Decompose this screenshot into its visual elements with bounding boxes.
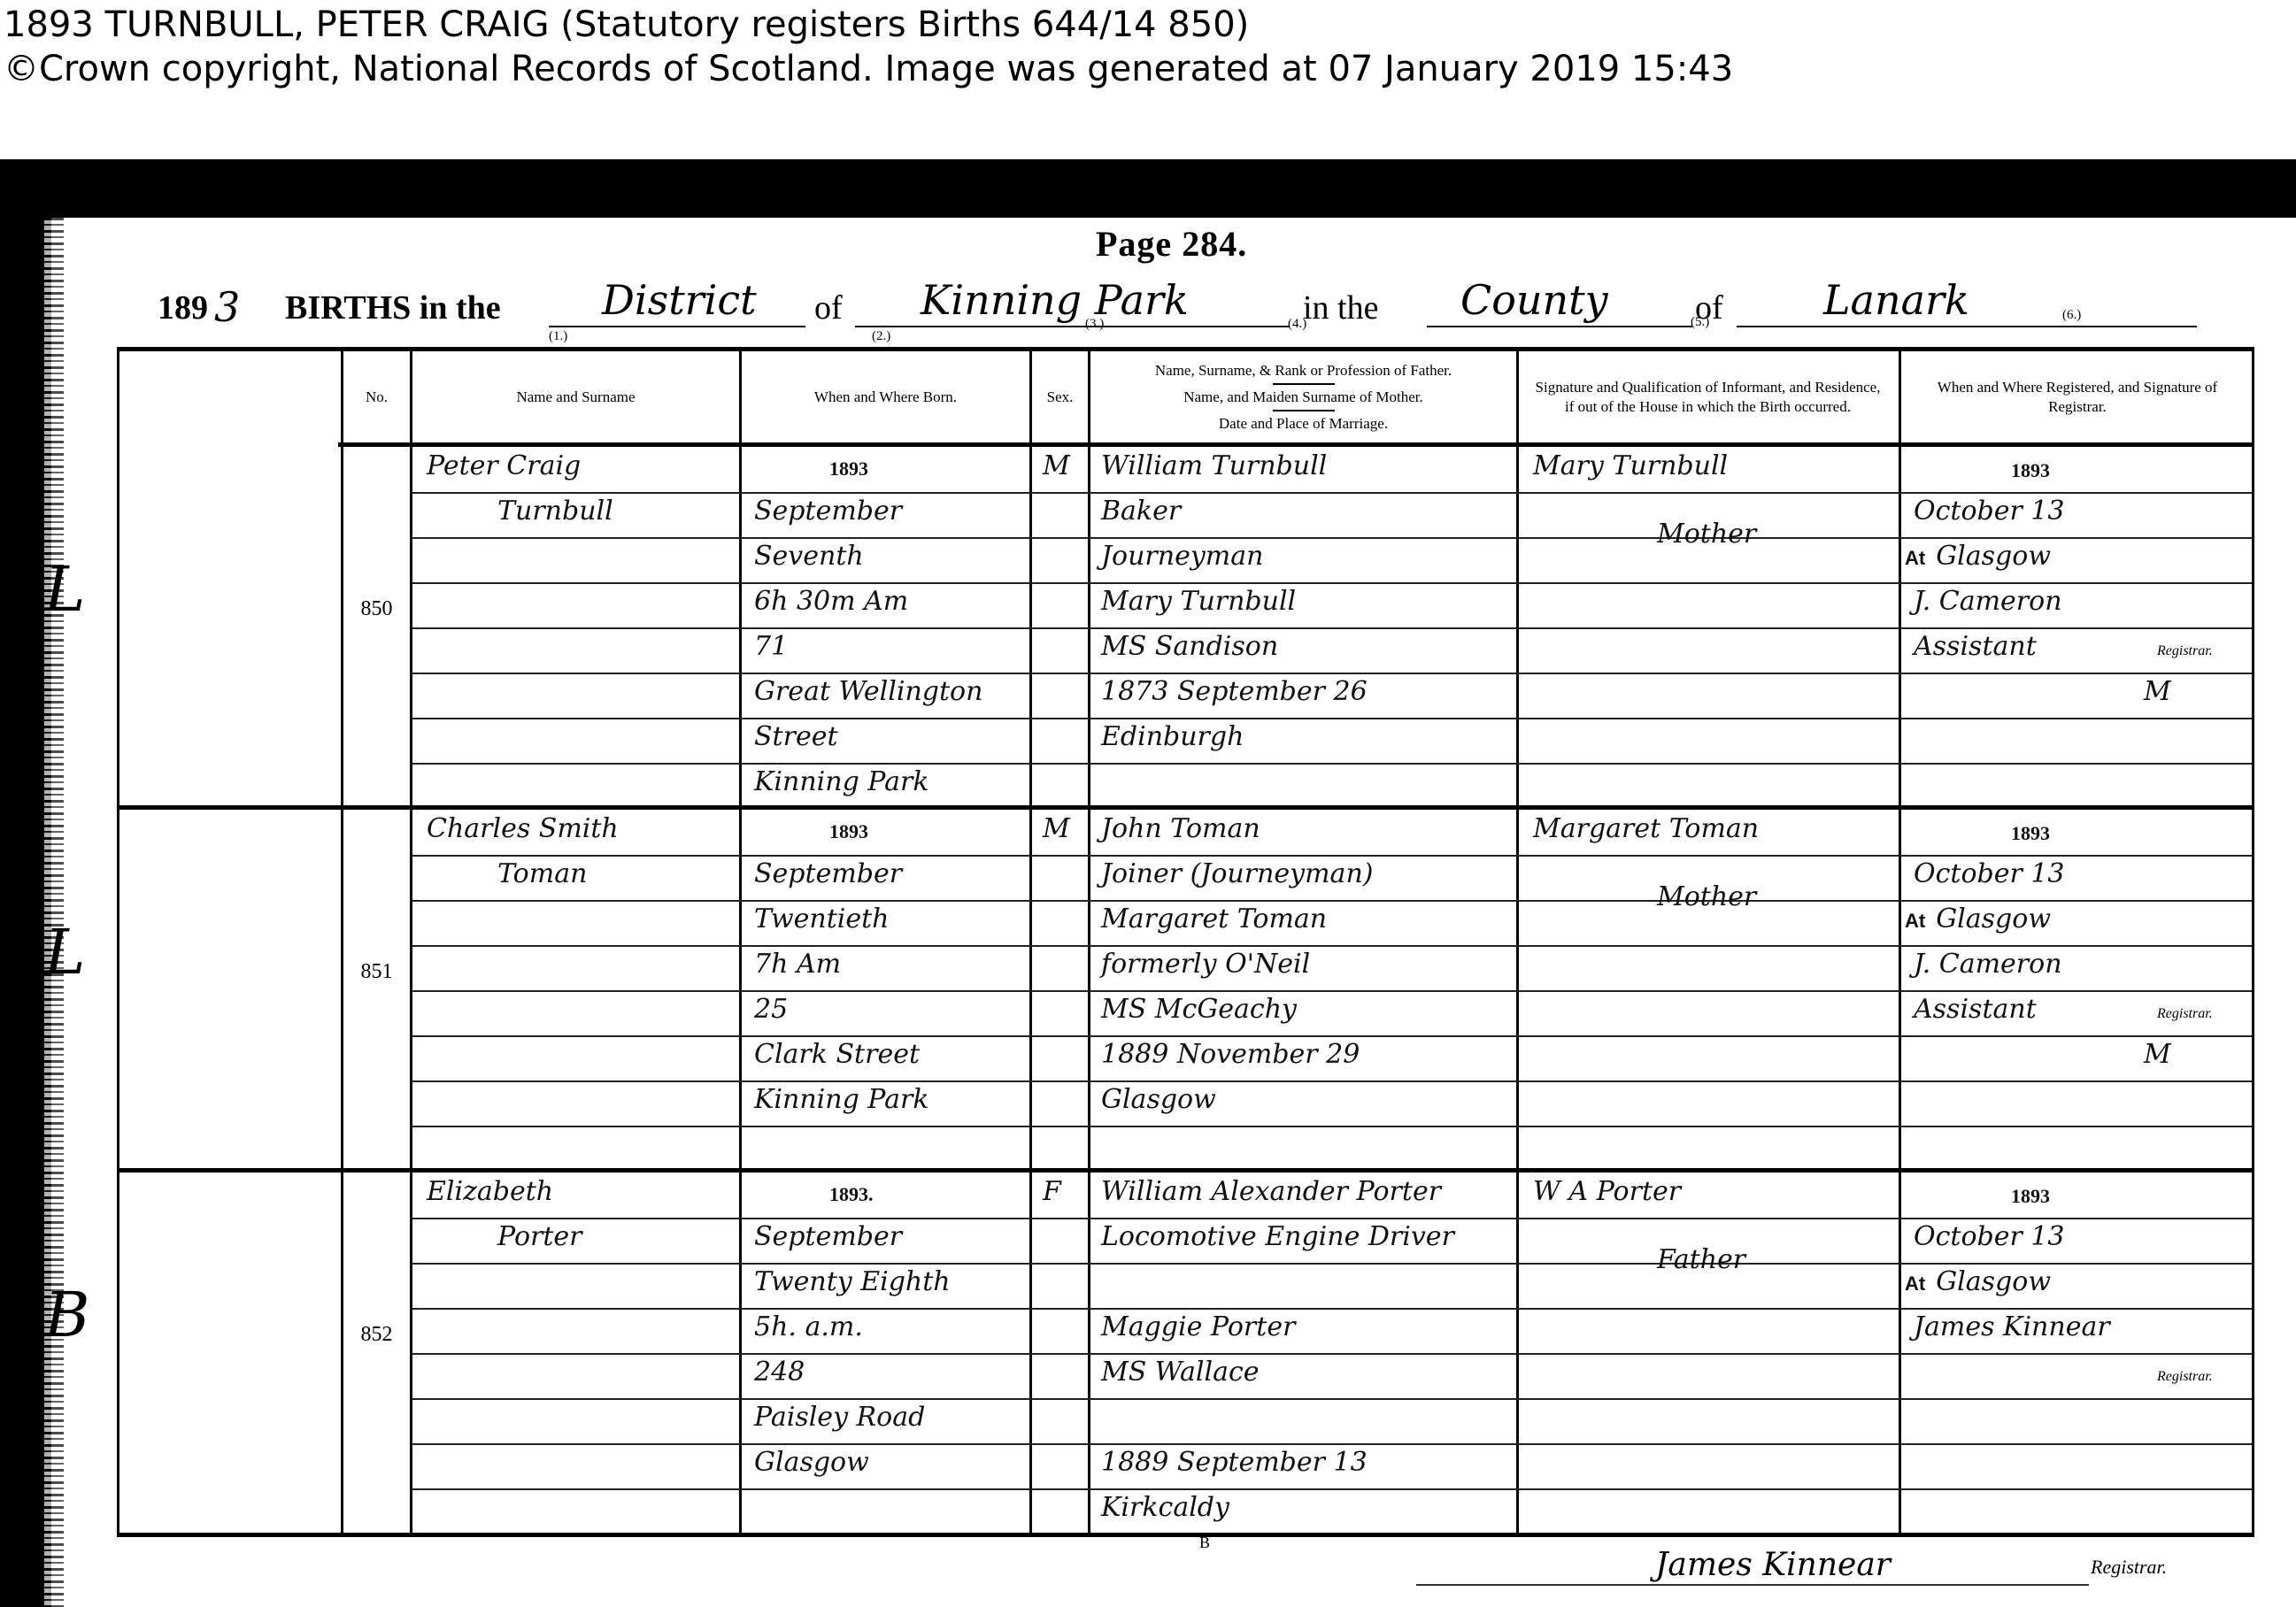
child-name: Turnbull xyxy=(497,496,613,527)
ruled-line xyxy=(412,627,2252,629)
birth-detail: Great Wellington xyxy=(754,676,982,707)
birth-detail: Paisley Road xyxy=(754,1402,925,1433)
birth-detail: 25 xyxy=(754,994,788,1025)
registrar-name: J. Cameron xyxy=(1914,949,2062,980)
ruled-line xyxy=(412,582,2252,584)
parent-detail: Glasgow xyxy=(1101,1084,1216,1115)
informant-detail: Mother xyxy=(1657,519,1756,550)
county-name-underline xyxy=(1737,326,2197,327)
of-label-1: of xyxy=(814,288,843,327)
birth-detail: Street xyxy=(754,721,838,752)
registrar-name: J. Cameron xyxy=(1914,586,2062,617)
informant-detail: Mary Turnbull xyxy=(1533,450,1728,481)
col-header-born: When and Where Born. xyxy=(742,351,1029,442)
informant-detail: W A Porter xyxy=(1533,1176,1681,1207)
ruled-line xyxy=(412,990,2252,992)
scan-edge-noise xyxy=(44,218,64,1607)
entry-number: 851 xyxy=(343,960,410,984)
parent-detail: Maggie Porter xyxy=(1101,1311,1295,1342)
registered-place-row: AtGlasgow xyxy=(1905,1266,2051,1297)
child-name: Charles Smith xyxy=(427,813,619,844)
county-type: County xyxy=(1460,276,1608,324)
parent-detail: Mary Turnbull xyxy=(1101,586,1296,617)
ruled-line xyxy=(412,537,2252,539)
ruled-line xyxy=(412,855,2252,857)
ruled-line xyxy=(412,1035,2252,1037)
parent-detail: 1889 September 13 xyxy=(1101,1447,1368,1478)
marker-5: (5.) xyxy=(1691,315,1709,330)
page-number: Page 284. xyxy=(1096,223,1247,265)
registrar-role: Assistant xyxy=(1914,631,2037,662)
margin-mark: L xyxy=(44,553,85,626)
marker-1: (1.) xyxy=(549,329,567,344)
parent-detail: William Turnbull xyxy=(1101,450,1327,481)
col-header-name: Name and Surname xyxy=(412,351,739,442)
registered-date: October 13 xyxy=(1914,858,2065,889)
birth-detail: September xyxy=(754,496,902,527)
parent-detail: 1873 September 26 xyxy=(1101,676,1368,707)
child-name: Toman xyxy=(497,858,587,889)
child-name: Elizabeth xyxy=(427,1176,553,1207)
district-name: Kinning Park xyxy=(921,276,1189,324)
birth-detail: 71 xyxy=(754,631,788,662)
birth-detail: September xyxy=(754,858,902,889)
parent-detail: Joiner (Journeyman) xyxy=(1101,858,1373,889)
ruled-line xyxy=(412,1308,2252,1310)
registrar-label: Registrar. xyxy=(2157,1369,2213,1385)
birth-detail: Twentieth xyxy=(754,903,889,934)
record-title: 1893 TURNBULL, PETER CRAIG (Statutory re… xyxy=(4,2,1249,48)
parent-detail: MS Sandison xyxy=(1101,631,1278,662)
birth-detail: Clark Street xyxy=(754,1039,920,1070)
marker-4: (4.) xyxy=(1288,317,1306,332)
parent-detail: Baker xyxy=(1101,496,1181,527)
district-name-underline xyxy=(855,326,1289,327)
birth-detail: Kinning Park xyxy=(754,766,929,797)
sex: M xyxy=(1043,450,1070,481)
sex: F xyxy=(1043,1176,1061,1207)
col-header-registered: When and Where Registered, and Signature… xyxy=(1922,351,2232,442)
ruled-line xyxy=(412,900,2252,902)
parent-detail: William Alexander Porter xyxy=(1101,1176,1441,1207)
birth-detail: 248 xyxy=(754,1357,805,1388)
parent-detail: John Toman xyxy=(1101,813,1260,844)
ruled-line xyxy=(412,1398,2252,1400)
registrar-signature: James Kinnear xyxy=(1655,1547,1891,1583)
birth-detail: 5h. a.m. xyxy=(754,1311,863,1342)
ruled-line xyxy=(412,1263,2252,1265)
informant-detail: Mother xyxy=(1657,881,1756,912)
informant-detail: Father xyxy=(1657,1244,1745,1275)
parent-detail: Kirkcaldy xyxy=(1101,1492,1229,1523)
parent-detail: Journeyman xyxy=(1101,541,1263,572)
at-label: At xyxy=(1905,1273,1925,1295)
marker-6: (6.) xyxy=(2062,308,2081,323)
registered-date: October 13 xyxy=(1914,496,2065,527)
registrar-label: Registrar. xyxy=(2091,1556,2167,1579)
child-name: Porter xyxy=(497,1221,582,1252)
registrar-label: Registrar. xyxy=(2157,643,2213,659)
registrar-initial: M xyxy=(2144,676,2171,707)
register-title-row: 189 3 BIRTHS in the District of Kinning … xyxy=(0,281,2296,343)
registered-place: Glasgow xyxy=(1936,541,2051,572)
at-label: At xyxy=(1905,547,1925,569)
birth-detail: September xyxy=(754,1221,902,1252)
col-header-no: No. xyxy=(343,351,410,442)
registrar-name: James Kinnear xyxy=(1914,1311,2110,1342)
scan-border-top xyxy=(0,159,2296,218)
ruled-line xyxy=(412,673,2252,674)
registered-place-row: AtGlasgow xyxy=(1905,903,2051,934)
ruled-line xyxy=(412,492,2252,494)
parent-detail: Edinburgh xyxy=(1101,721,1244,752)
registrar-label: Registrar. xyxy=(2157,1006,2213,1022)
entry-number: 850 xyxy=(343,597,410,621)
registered-year: 1893 xyxy=(2011,822,2050,845)
birth-detail: Seventh xyxy=(754,541,864,572)
parent-detail: MS McGeachy xyxy=(1101,994,1297,1025)
ruled-line xyxy=(412,1488,2252,1490)
birth-detail: Glasgow xyxy=(754,1447,869,1478)
col-header-parents: Name, Surname, & Rank or Profession of F… xyxy=(1090,351,1516,442)
signature-line xyxy=(1416,1584,2089,1586)
parent-detail: Margaret Toman xyxy=(1101,903,1327,934)
ruled-line xyxy=(412,1080,2252,1082)
county-name: Lanark xyxy=(1823,276,1969,324)
marker-3: (3.) xyxy=(1085,317,1104,332)
ruled-line xyxy=(412,763,2252,765)
birth-detail: Twenty Eighth xyxy=(754,1266,951,1297)
district-underline xyxy=(549,326,805,327)
registered-place: Glasgow xyxy=(1936,903,2051,934)
ruled-line xyxy=(412,1218,2252,1219)
birth-detail: 1893 xyxy=(829,820,868,843)
copyright-line: ©Crown copyright, National Records of Sc… xyxy=(4,46,1733,92)
marker-2: (2.) xyxy=(872,329,890,344)
informant-detail: Margaret Toman xyxy=(1533,813,1759,844)
district-type: District xyxy=(602,276,757,324)
birth-detail: 6h 30m Am xyxy=(754,586,908,617)
entry-number: 852 xyxy=(343,1323,410,1347)
county-underline xyxy=(1427,326,1692,327)
birth-detail: 7h Am xyxy=(754,949,841,980)
parent-detail: 1889 November 29 xyxy=(1101,1039,1360,1070)
in-the-label: in the xyxy=(1303,288,1378,327)
registrar-initial: M xyxy=(2144,1039,2171,1070)
ruled-line xyxy=(412,1126,2252,1127)
col-header-sex: Sex. xyxy=(1032,351,1088,442)
registered-year: 1893 xyxy=(2011,459,2050,482)
ruled-line xyxy=(412,1443,2252,1445)
col-header-informant: Signature and Qualification of Informant… xyxy=(1533,351,1883,442)
parent-detail: MS Wallace xyxy=(1101,1357,1260,1388)
at-label: At xyxy=(1905,910,1925,932)
registered-year: 1893 xyxy=(2011,1185,2050,1208)
ruled-line xyxy=(412,945,2252,947)
parent-detail: Locomotive Engine Driver xyxy=(1101,1221,1454,1252)
registered-place: Glasgow xyxy=(1936,1266,2051,1297)
parent-detail: formerly O'Neil xyxy=(1101,949,1310,980)
birth-detail: 1893 xyxy=(829,457,868,481)
birth-detail: Kinning Park xyxy=(754,1084,929,1115)
year-suffix: 3 xyxy=(214,283,240,331)
margin-mark: B xyxy=(44,1279,89,1351)
registered-date: October 13 xyxy=(1914,1221,2065,1252)
birth-detail: 1893. xyxy=(829,1183,874,1206)
registered-place-row: AtGlasgow xyxy=(1905,541,2051,572)
sex: M xyxy=(1043,813,1070,844)
births-in-the-label: BIRTHS in the xyxy=(285,288,501,327)
margin-mark: L xyxy=(44,916,85,988)
registrar-role: Assistant xyxy=(1914,994,2037,1025)
footer-letter: B xyxy=(1199,1534,1210,1552)
ruled-line xyxy=(412,718,2252,719)
year-prefix: 189 xyxy=(158,288,208,327)
ruled-line xyxy=(412,1353,2252,1355)
births-register-table: No. Name and Surname When and Where Born… xyxy=(117,347,2254,1537)
child-name: Peter Craig xyxy=(427,450,581,481)
